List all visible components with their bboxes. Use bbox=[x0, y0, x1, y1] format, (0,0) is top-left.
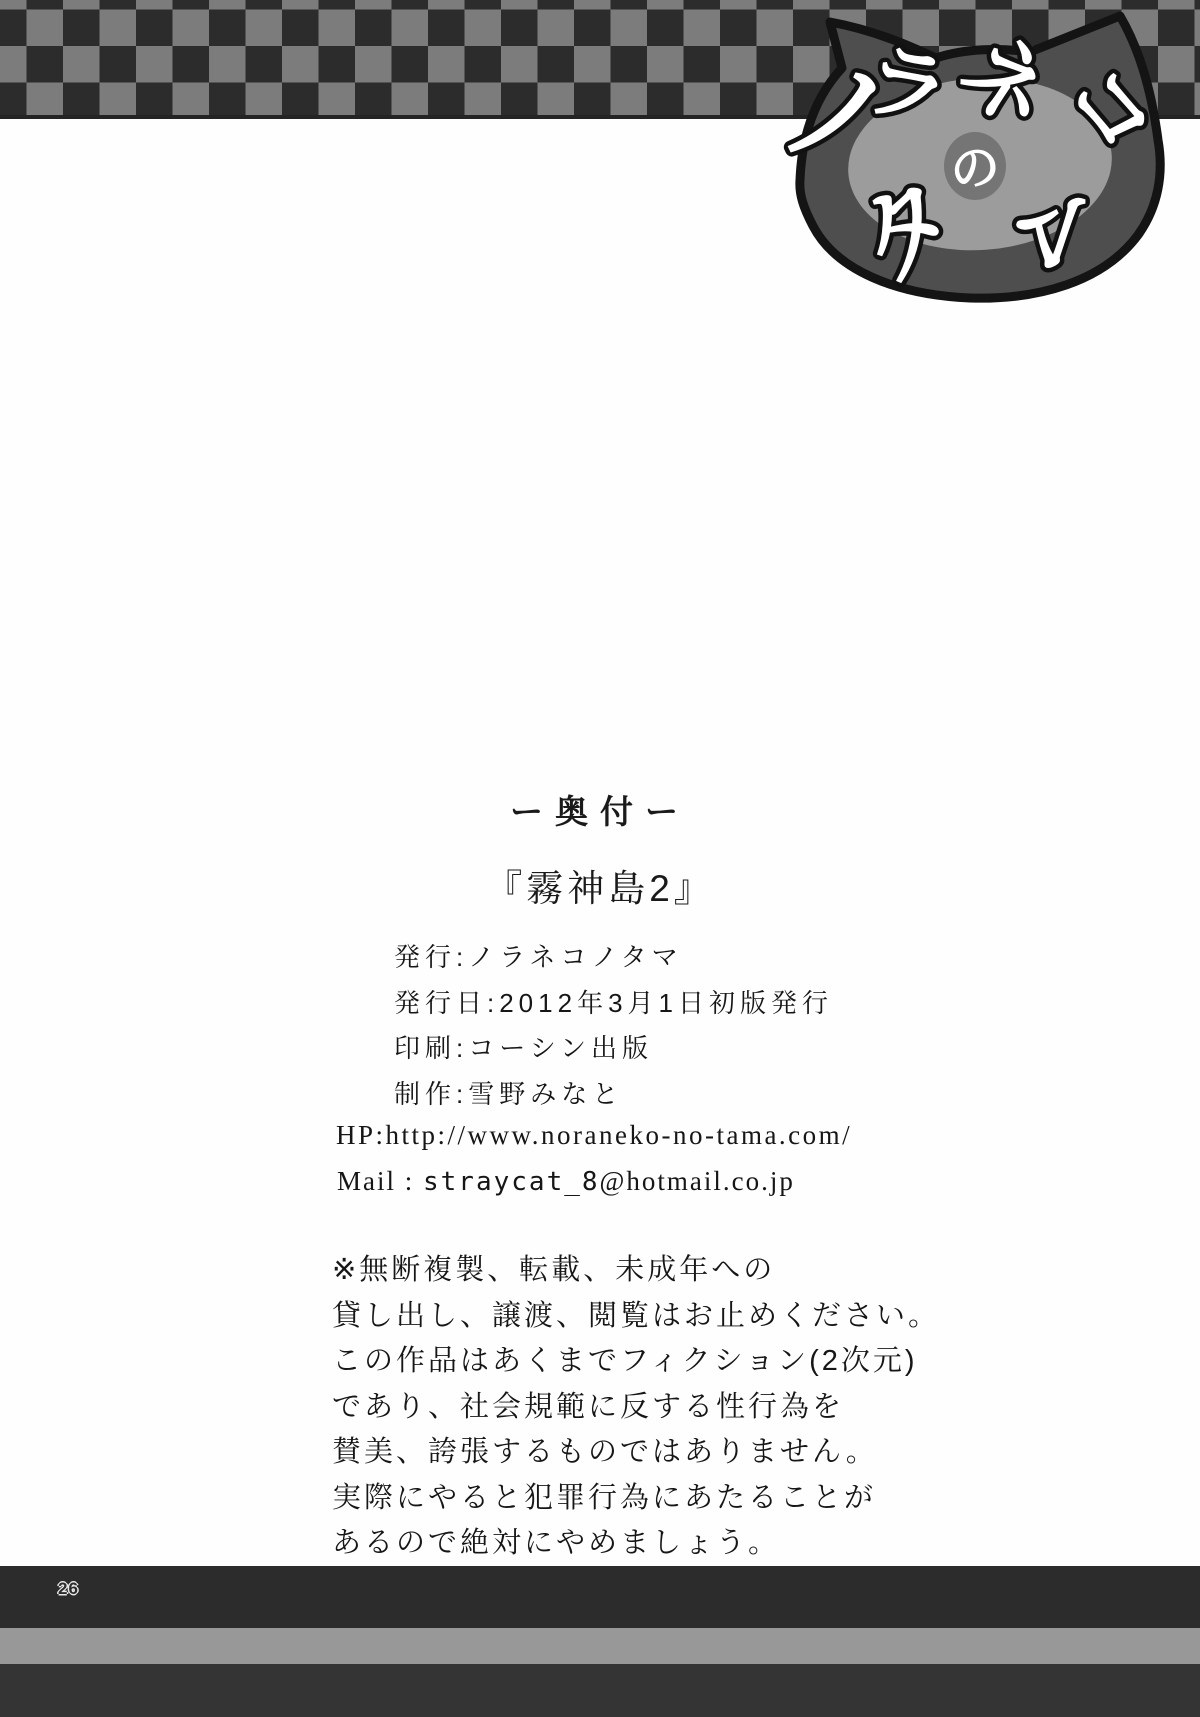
colophon-page: ノ ラ ネ コ の タ マ ー奥付ー 『霧神島2』 発行:ノラネコノタマ 発行日… bbox=[0, 0, 1200, 1717]
disclaimer-line: あるので絶対にやめましょう。 bbox=[332, 1521, 940, 1567]
mail-address-line: Mail : straycat_8@hotmail.co.jp bbox=[337, 1166, 795, 1197]
disclaimer-block: ※無断複製、転載、未成年への 貸し出し、譲渡、閲覧はお止めください。 この作品は… bbox=[332, 1248, 940, 1567]
noraneko-no-tama-logo: ノ ラ ネ コ の タ マ bbox=[778, 2, 1182, 307]
disclaimer-line: 実際にやると犯罪行為にあたることが bbox=[332, 1476, 940, 1522]
disclaimer-line: この作品はあくまでフィクション(2次元) bbox=[332, 1339, 940, 1385]
okuzuke-section-title: ー奥付ー bbox=[0, 786, 1200, 833]
mail-domain: @hotmail.co.jp bbox=[600, 1166, 795, 1196]
publication-info-block: 発行:ノラネコノタマ 発行日:2012年3月1日初版発行 印刷:コーシン出版 制… bbox=[394, 935, 833, 1117]
disclaimer-line: 貸し出し、譲渡、閲覧はお止めください。 bbox=[332, 1294, 940, 1340]
disclaimer-line: 賛美、誇張するものではありません。 bbox=[332, 1430, 940, 1476]
footer-gray-stripe bbox=[0, 1628, 1200, 1664]
book-title: 『霧神島2』 bbox=[0, 858, 1200, 912]
publication-date-line: 発行日:2012年3月1日初版発行 bbox=[394, 981, 833, 1027]
footer-dark-band-top bbox=[0, 1566, 1200, 1628]
logo-char-no-hiragana: の bbox=[946, 136, 1004, 200]
mail-label: Mail : bbox=[337, 1166, 423, 1196]
footer-dark-band-bottom bbox=[0, 1664, 1200, 1717]
disclaimer-line: であり、社会規範に反する性行為を bbox=[332, 1385, 940, 1431]
publisher-line: 発行:ノラネコノタマ bbox=[394, 935, 833, 981]
mail-user: straycat_8 bbox=[423, 1167, 600, 1197]
disclaimer-line: ※無断複製、転載、未成年への bbox=[332, 1248, 940, 1294]
author-line: 制作:雪野みなと bbox=[394, 1072, 833, 1118]
homepage-url-line: HP:http://www.noraneko-no-tama.com/ bbox=[336, 1120, 852, 1151]
printer-line: 印刷:コーシン出版 bbox=[394, 1026, 833, 1072]
page-number: 26 bbox=[58, 1579, 79, 1599]
